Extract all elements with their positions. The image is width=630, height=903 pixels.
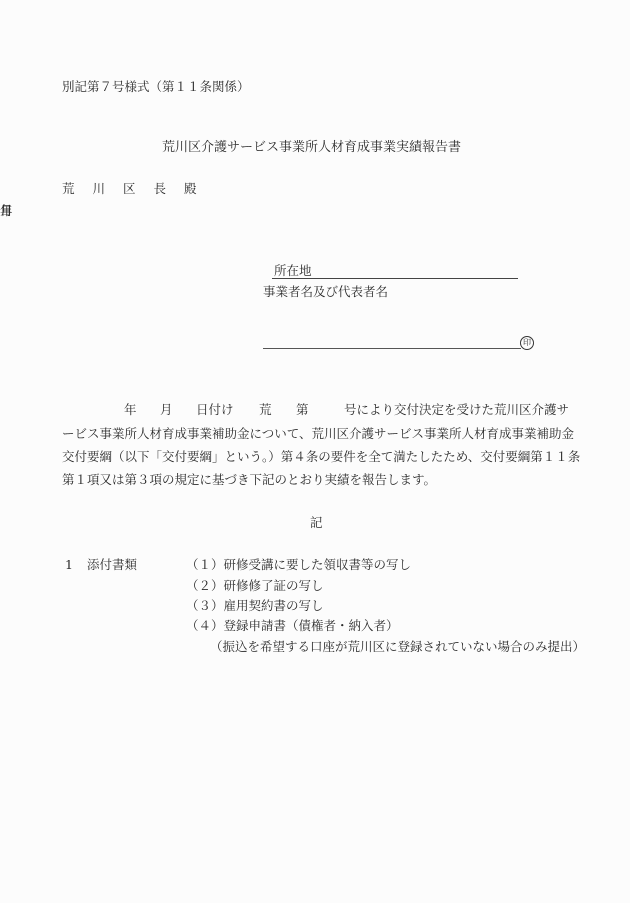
form-number-label: 別記第７号様式（第１１条関係）: [62, 81, 250, 94]
body-paragraph-line-4: 第１項又は第３項の規定に基づき下記のとおり実績を報告します。: [62, 474, 436, 487]
addressee-char: 殿: [184, 183, 197, 196]
document-title: 荒川区介護サービス事業所人材育成事業実績報告書: [162, 141, 461, 154]
seal-icon: 印: [520, 336, 534, 350]
address-label: 所在地: [274, 265, 312, 278]
addressee: 荒 川 区 長 殿: [62, 183, 211, 196]
attachment-item: （２）研修修了証の写し: [186, 580, 324, 593]
body-number-prefix: 第: [296, 404, 309, 417]
date-day-label: 日: [0, 205, 13, 218]
attachment-item: （１）研修受講に要した領収書等の写し: [186, 559, 411, 572]
attachment-note: （振込を希望する口座が荒川区に登録されていない場合のみ提出）: [210, 641, 585, 654]
body-month-label: 月: [160, 404, 173, 417]
attachment-item: （３）雇用契約書の写し: [186, 600, 324, 613]
attachment-item: （４）登録申請書（債権者・納入者）: [186, 620, 399, 633]
body-paragraph-line-3: 交付要綱（以下「交付要綱」という。）第４条の要件を全て満たしたため、交付要綱第１…: [62, 451, 580, 464]
body-office-label: 荒: [259, 404, 272, 417]
body-year-label: 年: [124, 404, 137, 417]
body-day-label: 日付け: [196, 404, 234, 417]
notation-ki: 記: [310, 517, 323, 530]
representative-label: 事業者名及び代表者名: [263, 286, 388, 299]
body-paragraph-line-2: ービス事業所人材育成事業補助金について、荒川区介護サービス事業所人材育成事業補助…: [62, 428, 574, 441]
addressee-char: 区: [123, 183, 136, 196]
representative-field-line[interactable]: [263, 348, 521, 349]
attachment-section-number: 1: [65, 559, 73, 572]
addressee-char: 荒: [62, 183, 75, 196]
attachment-section-title: 添付書類: [87, 559, 137, 572]
addressee-char: 川: [93, 183, 106, 196]
body-line1-rest: 号により交付決定を受けた荒川区介護サ: [344, 404, 569, 417]
address-field-line[interactable]: [272, 278, 518, 279]
addressee-char: 長: [154, 183, 167, 196]
